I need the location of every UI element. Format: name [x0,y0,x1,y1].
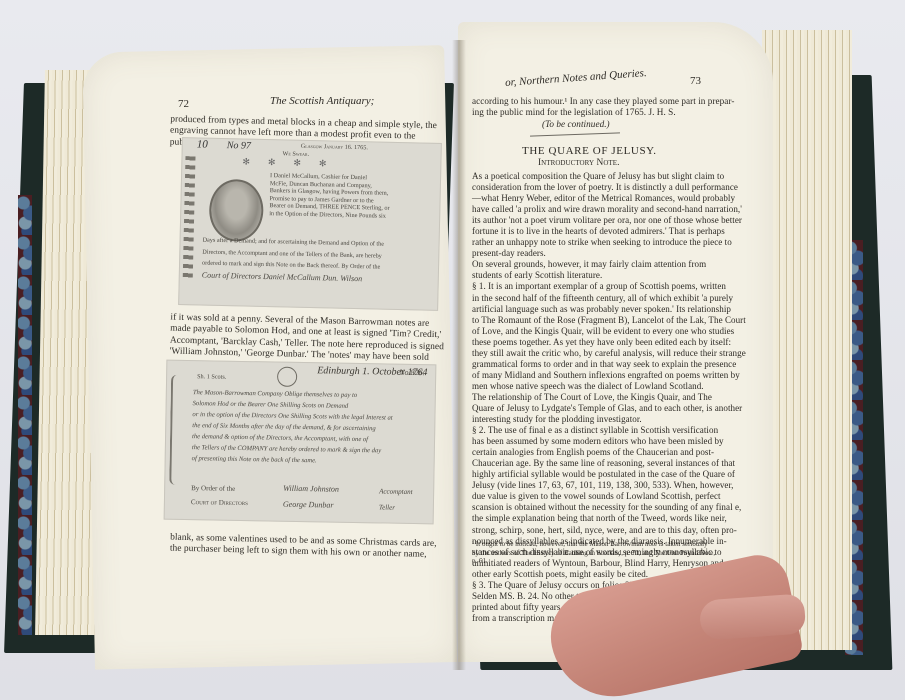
note-body: The Mason-Barrowman Company Oblige thems… [192,387,431,468]
text-line: the simple explanation being that north … [472,513,777,524]
text-line: students of early Scottish literature. [472,270,777,281]
text-line: artificial language such as was probably… [472,304,777,315]
note-number-left: 10 [197,141,208,149]
bee-ornaments: ✻✻✻✻ [242,158,344,168]
right-top-text: according to his humour.¹ In any case th… [472,96,777,130]
left-middle-text: if it was sold at a penny. Several of th… [169,313,452,365]
text-line: On several grounds, however, it may fair… [472,259,777,270]
text-line: § 2. The use of final e as a distinct sy… [472,425,777,436]
company-seal [277,367,297,387]
note-number-right: No 97 [227,142,251,150]
text-line: ing the public mind for the legislation … [472,107,777,118]
text-line: these poems together. As yet they have o… [472,337,777,348]
text-line: § 1. It is an important exemplar of a gr… [472,281,777,292]
text-line: Quare of Jelusy to Lydgate's Temple of G… [472,403,777,414]
text-line: Chaucerian age. By the same line of reas… [472,458,777,469]
left-page-number: 72 [178,98,189,110]
text-line: of Love, and the Kingis Quair, will be e… [472,326,777,337]
text-line: has been assumed by some modern editors … [472,436,777,447]
text-line: have called 'a prolix and wire drawn mor… [472,204,777,215]
scroll-flourish [169,375,183,485]
role-1: Accomptant [379,488,413,496]
signature-1: William Johnston [283,485,339,494]
text-line: highly artificial syllable would be post… [472,469,777,480]
text-line: due value is given to the vowel sounds o… [472,491,777,502]
text-line: scansion is obtained without the necessi… [472,502,777,513]
footnote-line: by the authors of The History of Banking… [472,550,777,559]
banknote-glasgow-image: 10 No 97 Glasgow January 16. 1765. We Sw… [178,137,442,311]
text-line: As a poetical composition the Quare of J… [472,171,777,182]
text-line: strong, schirp, sone, hert, sild, nyce, … [472,525,777,536]
text-line: its author 'not a poet virum volitare pe… [472,215,777,226]
text-line: to The Romaunt of the Rose (Fragment B),… [472,315,777,326]
note-body: I Daniel McCallum, Cashier for Daniel Mc… [269,172,438,221]
article-title: THE QUARE OF JELUSY. [522,145,657,157]
text-line: —what Henry Weber, editor of the Metrica… [472,193,777,204]
ornamental-border [183,156,196,281]
left-running-head: The Scottish Antiquary; [270,95,374,107]
note-signature-line: Court of Directors Daniel McCallum Dun. … [202,271,434,284]
to-be-continued: (To be continued.) [472,119,777,130]
note-serial: No 826. [399,369,424,377]
text-line: consideration from the lover of poetry. … [472,182,777,193]
right-page-number: 73 [690,75,701,87]
text-line: present-day readers. [472,248,777,259]
text-line: certain analogies from English poems of … [472,447,777,458]
text-line: rather an unhappy note to strike when se… [472,237,777,248]
text-line: in the second half of the fifteenth cent… [472,293,777,304]
text-line: men whose native speech was the dialect … [472,381,777,392]
text-line: they still await the critic who, by care… [472,348,777,359]
text-line: of many Midland and Southern inflexions … [472,370,777,381]
text-line: interesting study for the plodding inves… [472,414,777,425]
text-line: grammatical forms to order and in that w… [472,359,777,370]
role-2: Teller [379,504,395,512]
marbled-endpaper-left [18,195,32,635]
text-line: according to his humour.¹ In any case th… [472,96,777,107]
note-denomination: Sh. 1 Scots. [197,373,226,381]
note-line: Days after a Demand; and for ascertainin… [203,237,435,250]
order-label-2: Court of Directors [191,499,248,508]
section-heading: Introductory Note. [538,158,619,169]
fingertip [699,593,807,640]
text-line: fortune it is to live in the hearts of d… [472,226,777,237]
note-body-lower: Days after a Demand; and for ascertainin… [202,233,435,285]
footnote-line: ¹ It ought to be noticed, however, that … [472,541,777,550]
text-line: Jelusy (vide lines 17, 63, 67, 101, 119,… [472,480,777,491]
banknote-edinburgh-image: Sh. 1 Scots. Edinburgh 1. October 1764 N… [164,360,437,525]
note-place-date: Glasgow January 16. 1765. [301,143,368,152]
order-label-1: By Order of the [191,485,235,493]
note-line: Directors, the Accomptant and one of the… [202,248,434,261]
text-line: The relationship of The Court of Love, t… [472,392,777,403]
book-gutter [452,40,466,670]
signature-2: George Dunbar [283,501,334,509]
